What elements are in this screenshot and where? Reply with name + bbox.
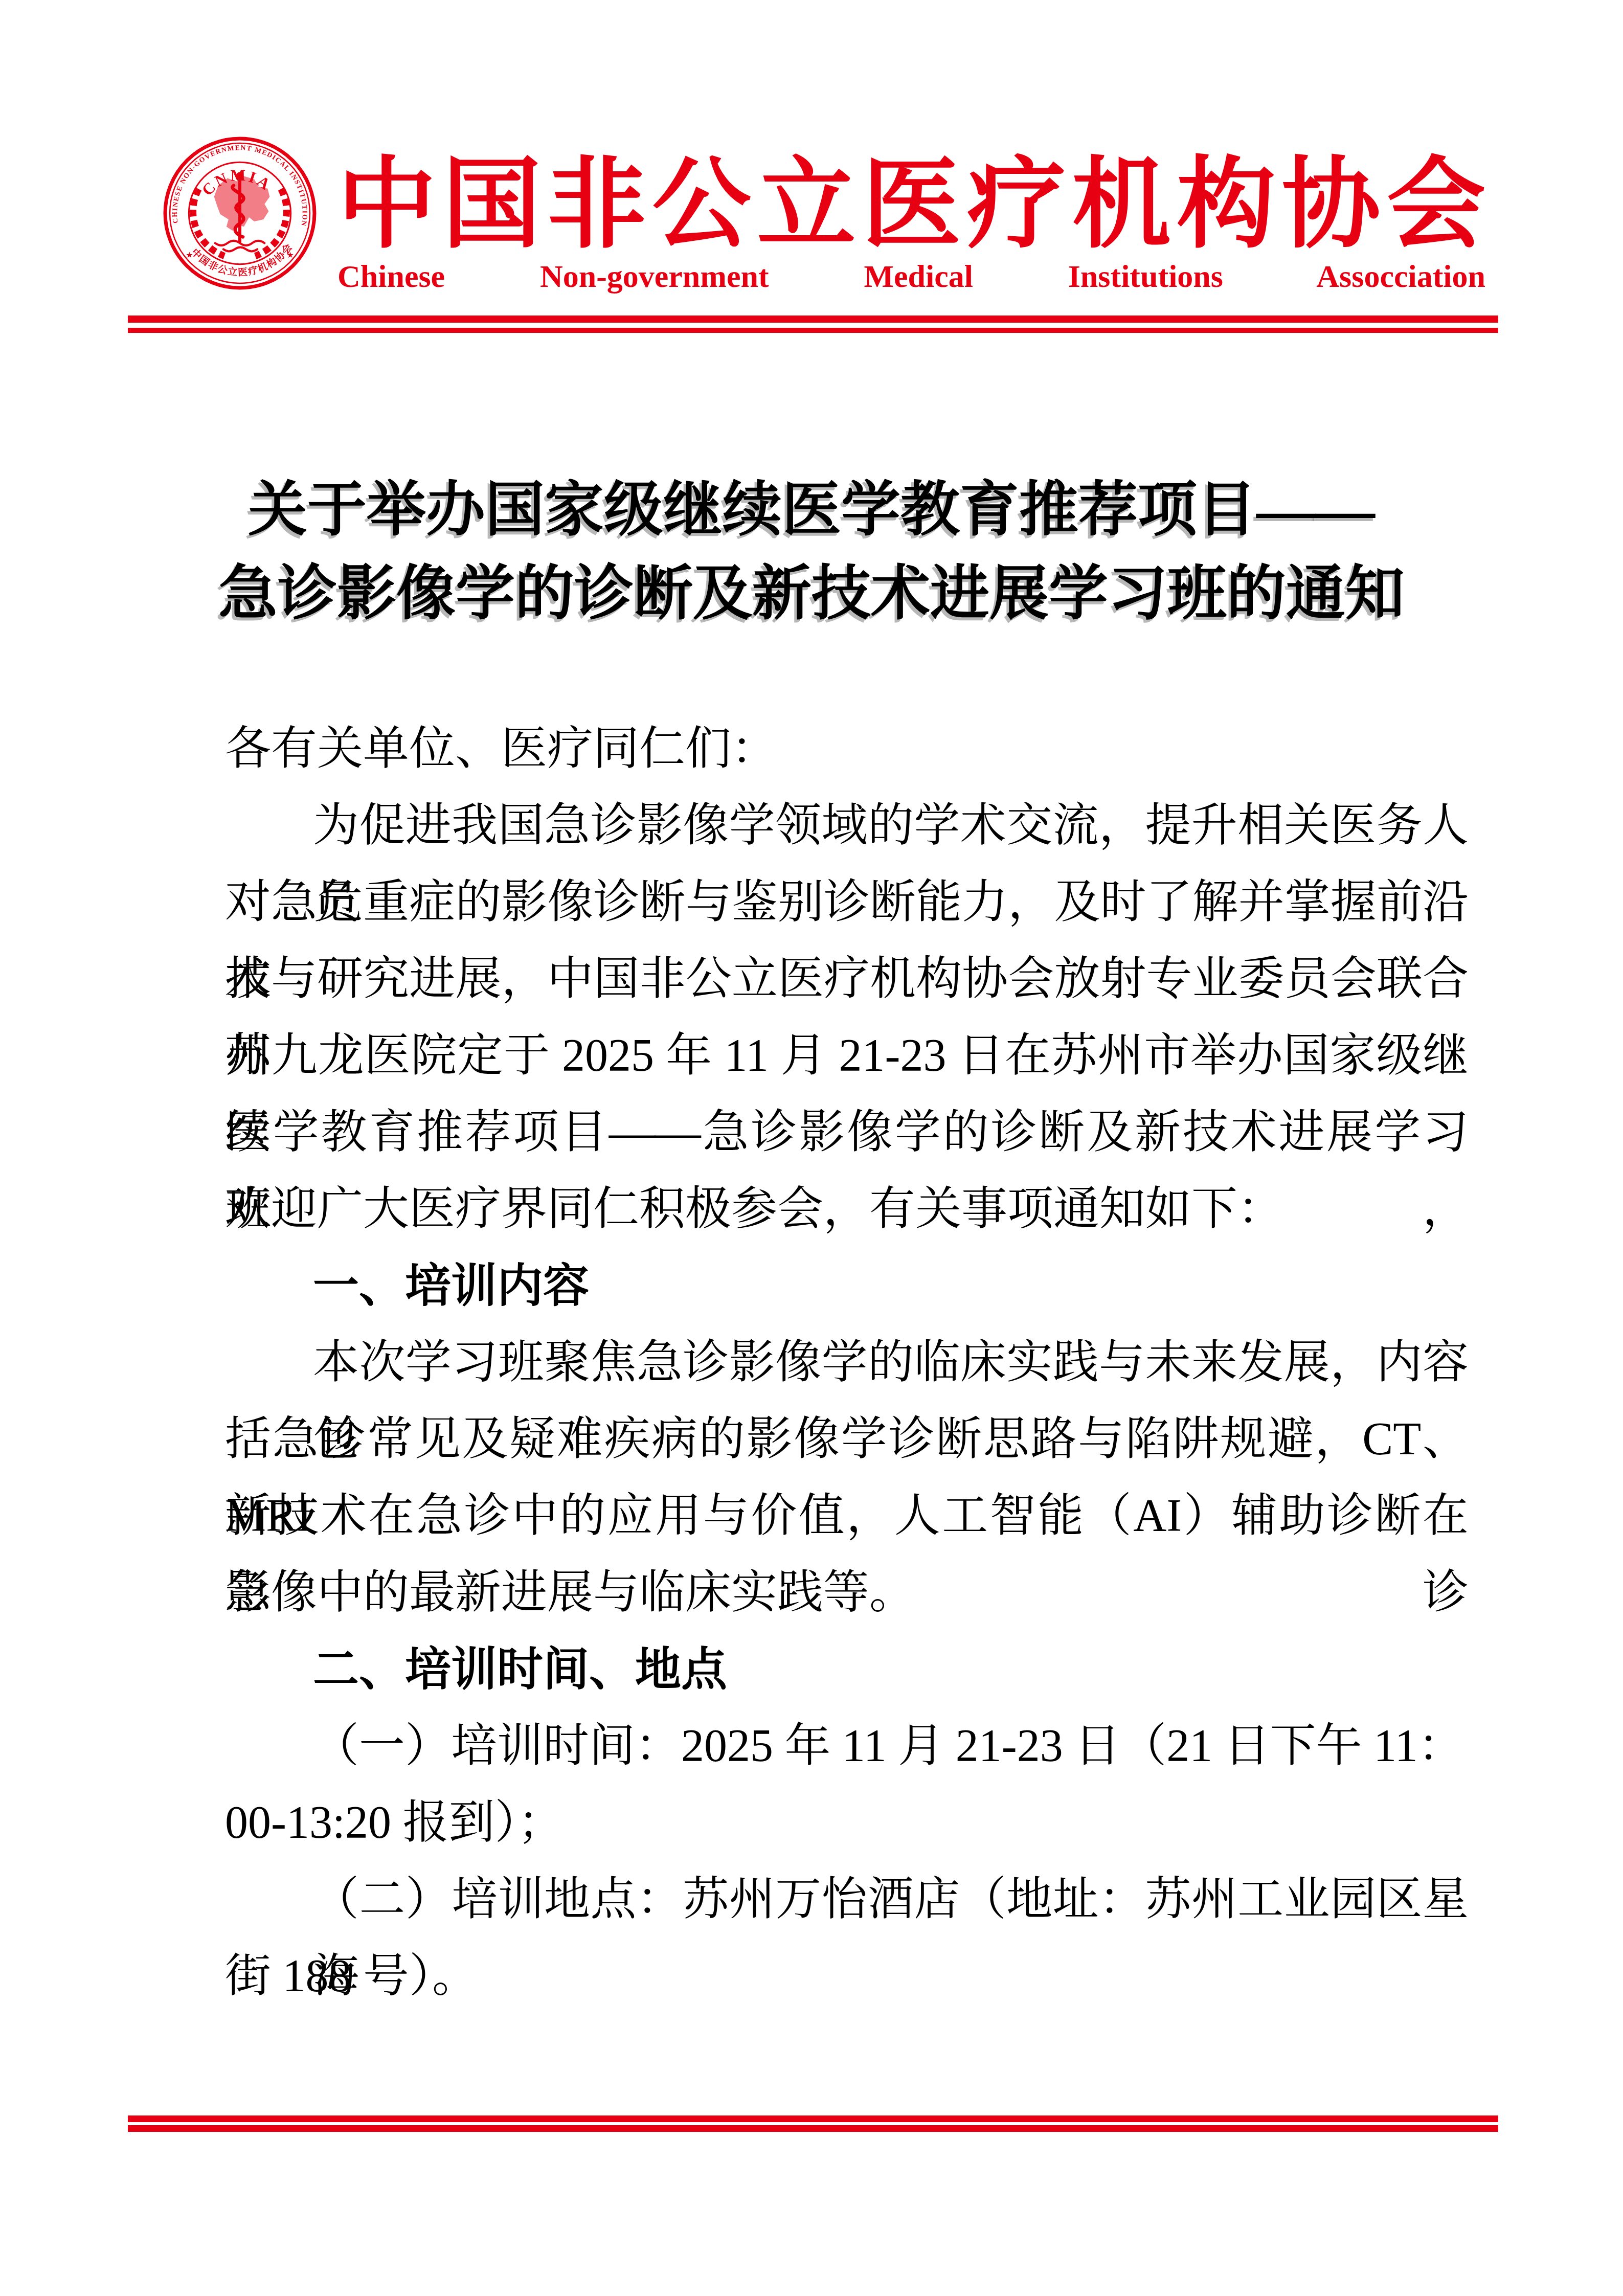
document-title-line1: 关于举办国家级继续医学教育推荐项目—— <box>0 468 1623 552</box>
document-title: 关于举办国家级继续医学教育推荐项目—— 急诊影像学的诊断及新技术进展学习班的通知 <box>0 468 1623 636</box>
org-name-en: Chinese Non-government Medical Instituti… <box>337 258 1485 299</box>
association-seal-logo: CHINESE NON-GOVERNMENT MEDICAL INSTITUTI… <box>163 136 317 290</box>
body-line: 00-13:20 报到）； <box>225 1785 1469 1861</box>
section-heading: 二、培训时间、地点 <box>225 1631 1469 1708</box>
body-line: 各有关单位、医疗同仁们： <box>225 711 1469 787</box>
body-line: 本次学习班聚焦急诊影像学的临床实践与未来发展，内容包 <box>225 1324 1469 1401</box>
header-rule-thin <box>128 328 1498 333</box>
body-line: 对急危重症的影像诊断与鉴别诊断能力，及时了解并掌握前沿技 <box>225 864 1469 941</box>
body-line: 州九龙医院定于 2025 年 11 月 21-23 日在苏州市举办国家级继续 <box>225 1018 1469 1094</box>
waves-icon <box>215 241 265 252</box>
document-title-line2: 急诊影像学的诊断及新技术进展学习班的通知 <box>0 552 1623 636</box>
org-name-cn: 中国非公立医疗机构协会 <box>337 151 1485 259</box>
body-lines: 各有关单位、医疗同仁们：为促进我国急诊影像学领域的学术交流，提升相关医务人员对急… <box>225 711 1469 2015</box>
body-line: 为促进我国急诊影像学领域的学术交流，提升相关医务人员 <box>225 787 1469 864</box>
body-line: （一）培训时间：2025 年 11 月 21-23 日（21 日下午 11： <box>225 1708 1469 1785</box>
body-line: 欢迎广大医疗界同仁积极参会，有关事项通知如下： <box>225 1171 1469 1248</box>
star-icon: ★ <box>186 251 193 260</box>
body-line: 术与研究进展，中国非公立医疗机构协会放射专业委员会联合苏 <box>225 941 1469 1018</box>
body-line: （二）培训地点：苏州万怡酒店（地址：苏州工业园区星海 <box>225 1861 1469 1938</box>
header-rule-thick <box>128 316 1498 323</box>
body-line: 括急诊常见及疑难疾病的影像学诊断思路与陷阱规避，CT、MRI <box>225 1401 1469 1478</box>
section-heading: 一、培训内容 <box>225 1248 1469 1324</box>
body-line: 医学教育推荐项目——急诊影像学的诊断及新技术进展学习班， <box>225 1094 1469 1171</box>
footer-rule-thick <box>128 2115 1498 2122</box>
document-page: CHINESE NON-GOVERNMENT MEDICAL INSTITUTI… <box>0 0 1623 2296</box>
footer-rule-thin <box>128 2125 1498 2132</box>
star-icon: ★ <box>286 251 294 260</box>
body-line: 街 188 号）。 <box>225 1938 1469 2015</box>
body-line: 新技术在急诊中的应用与价值，人工智能（AI）辅助诊断在急诊 <box>225 1478 1469 1555</box>
